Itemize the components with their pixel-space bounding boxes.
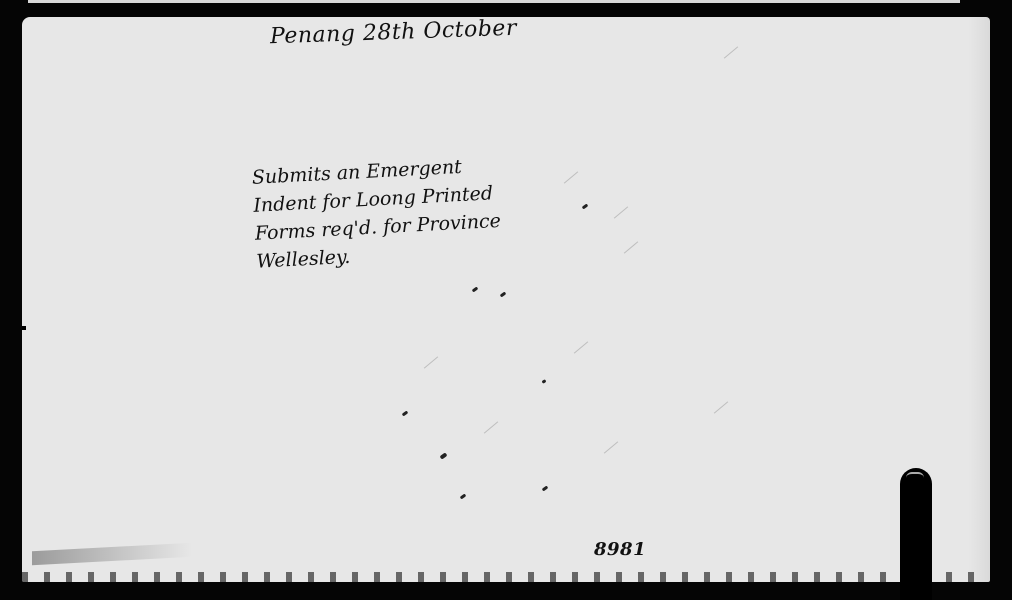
adjacent-page-edge <box>28 0 960 3</box>
bottom-edge-shadow <box>22 572 990 582</box>
page-fold-shadow <box>32 543 192 565</box>
docket-summary: Submits an Emergent Indent for Loong Pri… <box>251 150 517 275</box>
folio-number: 8981 <box>594 539 646 560</box>
margin-mark <box>22 326 26 330</box>
manuscript-page: Penang 28th October Submits an Emergent … <box>22 17 990 582</box>
date-line: Penang 28th October <box>270 17 518 49</box>
binder-clip <box>900 468 932 600</box>
